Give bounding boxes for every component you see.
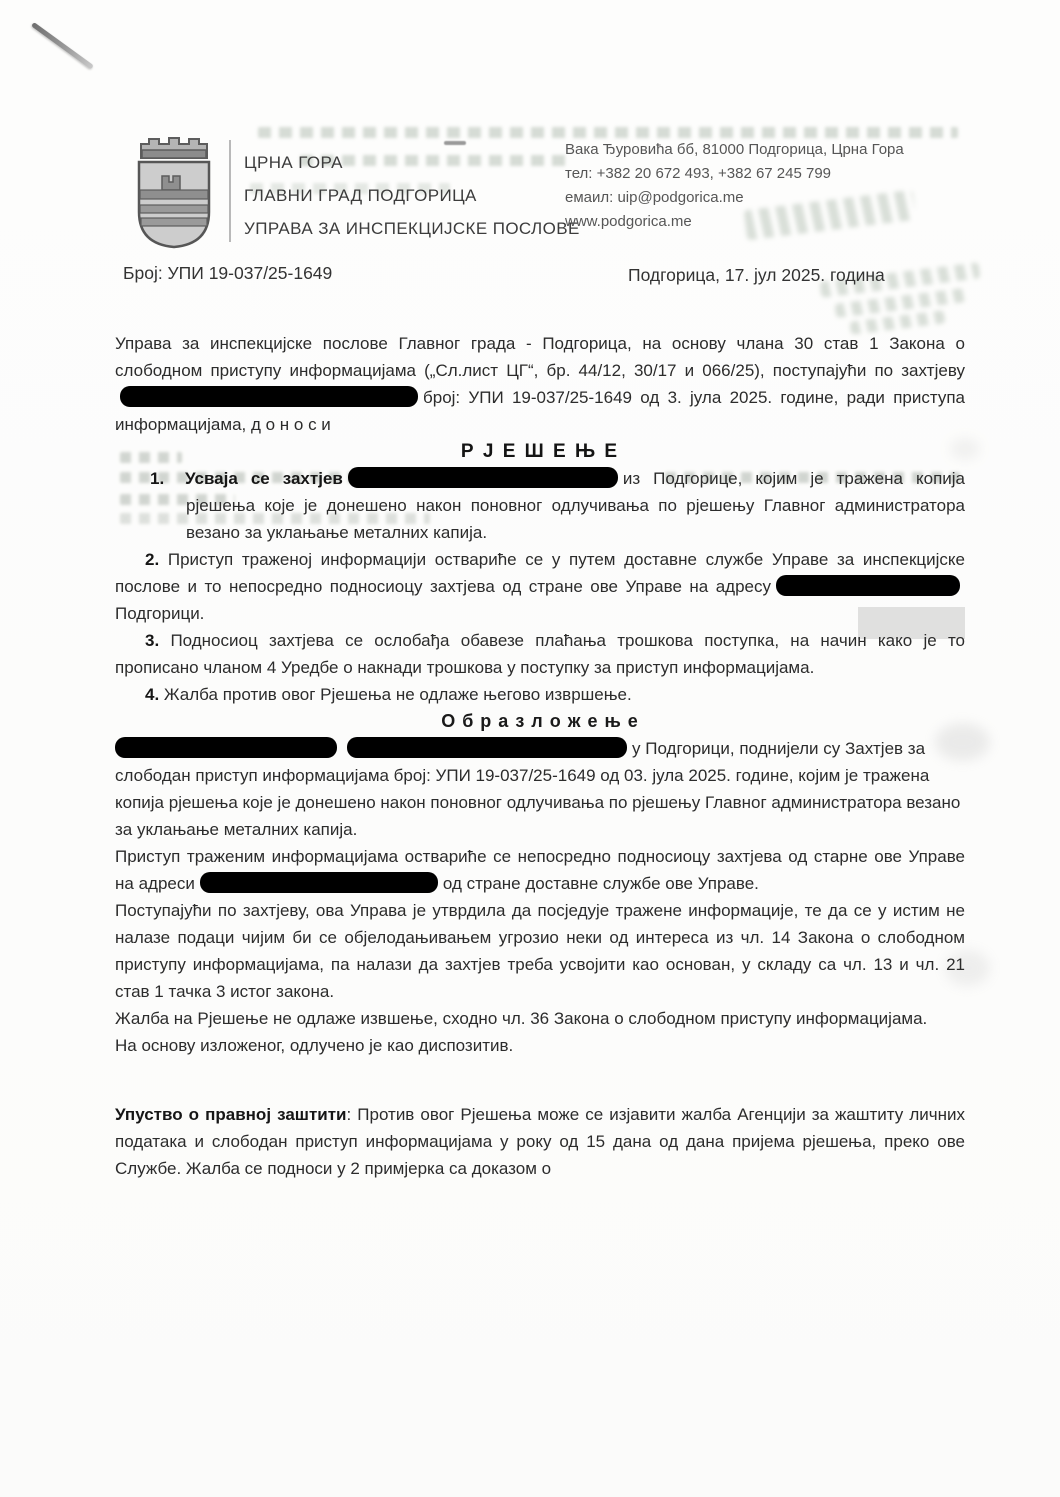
redaction-bar <box>776 575 960 596</box>
scan-dash-artifact <box>444 141 466 145</box>
legal-notice-paragraph: Упуство о правној заштити: Против овог Р… <box>115 1101 965 1182</box>
coat-of-arms-icon <box>129 132 219 252</box>
redaction-bar <box>200 872 438 893</box>
contact-email: емаил: uip@podgorica.me <box>565 186 904 210</box>
org-line-country: ЦРНА ГОРА <box>244 146 580 179</box>
contact-info-block: Вака Ђуровића бб, 81000 Подгорица, Црна … <box>565 138 904 234</box>
contact-phone: тел: +382 20 672 493, +382 67 245 799 <box>565 162 904 186</box>
organization-name-block: ЦРНА ГОРА ГЛАВНИ ГРАД ПОДГОРИЦА УПРАВА З… <box>244 146 580 245</box>
decision-item-1: 1.Усваја се захтјевиз Подгорице, којим ј… <box>115 465 965 546</box>
contact-address: Вака Ђуровића бб, 81000 Подгорица, Црна … <box>565 138 904 162</box>
place-and-date: Подгорица, 17. јул 2025. година <box>628 265 885 286</box>
decision-title: Р Ј Е Ш Е Њ Е <box>115 438 965 465</box>
scanned-document-page: ЦРНА ГОРА ГЛАВНИ ГРАД ПОДГОРИЦА УПРАВА З… <box>0 0 1060 1497</box>
rationale-paragraph-5: На основу изложеног, одлучено је као дис… <box>115 1032 965 1059</box>
item-3-text: Подносиоц захтјева се ослобађа обавезе п… <box>115 631 965 677</box>
item-number: 1. <box>150 465 185 492</box>
decision-item-2: 2. Приступ траженој информацији остварић… <box>115 546 965 627</box>
contact-website: www.podgorica.me <box>565 210 904 234</box>
item-number: 2. <box>145 550 159 569</box>
item-4-text: Жалба против овог Рјешења не одлаже њего… <box>164 685 632 704</box>
org-line-department: УПРАВА ЗА ИНСПЕКЦИЈСКЕ ПОСЛОВЕ <box>244 212 580 245</box>
rationale-p2-after: од стране доставне службе ове Управе. <box>443 874 759 893</box>
decision-item-4: 4. Жалба против овог Рјешења не одлаже њ… <box>115 681 965 708</box>
intro-paragraph: Управа за инспекцијске послове Главног г… <box>115 330 965 438</box>
item-1-lead: Усваја се захтјев <box>185 469 343 488</box>
legal-notice-lead: Упуство о правној заштити <box>115 1105 347 1124</box>
redaction-bar <box>348 467 618 488</box>
faint-stamp-artifact <box>835 288 966 318</box>
rationale-paragraph-4: Жалба на Рјешење не одлаже извшење, сход… <box>115 1005 965 1032</box>
document-number: Број: УПИ 19-037/25-1649 <box>123 263 332 284</box>
intro-text-before: Управа за инспекцијске послове Главног г… <box>115 334 965 380</box>
redaction-bar <box>347 737 627 758</box>
item-number: 4. <box>145 685 159 704</box>
document-body: Управа за инспекцијске послове Главног г… <box>115 330 965 1182</box>
item-2-text-after: Подгорици. <box>115 604 204 623</box>
item-number: 3. <box>145 631 159 650</box>
org-line-city: ГЛАВНИ ГРАД ПОДГОРИЦА <box>244 179 580 212</box>
pen-stroke-artifact <box>31 22 94 70</box>
redaction-bar <box>120 386 418 407</box>
rationale-paragraph-3: Поступајући по захтјеву, ова Управа је у… <box>115 897 965 1005</box>
rationale-paragraph-1: у Подгорици, поднијели су Захтјев за сло… <box>115 735 965 843</box>
redaction-bar <box>115 737 337 758</box>
rationale-heading: О б р а з л о ж е њ е <box>115 708 965 735</box>
bleedthrough-text-line <box>258 127 958 138</box>
header-divider <box>229 140 231 242</box>
rationale-paragraph-2: Приступ траженим информацијама оствариће… <box>115 843 965 897</box>
decision-item-3: 3. Подносиоц захтјева се ослобађа обавез… <box>115 627 965 681</box>
